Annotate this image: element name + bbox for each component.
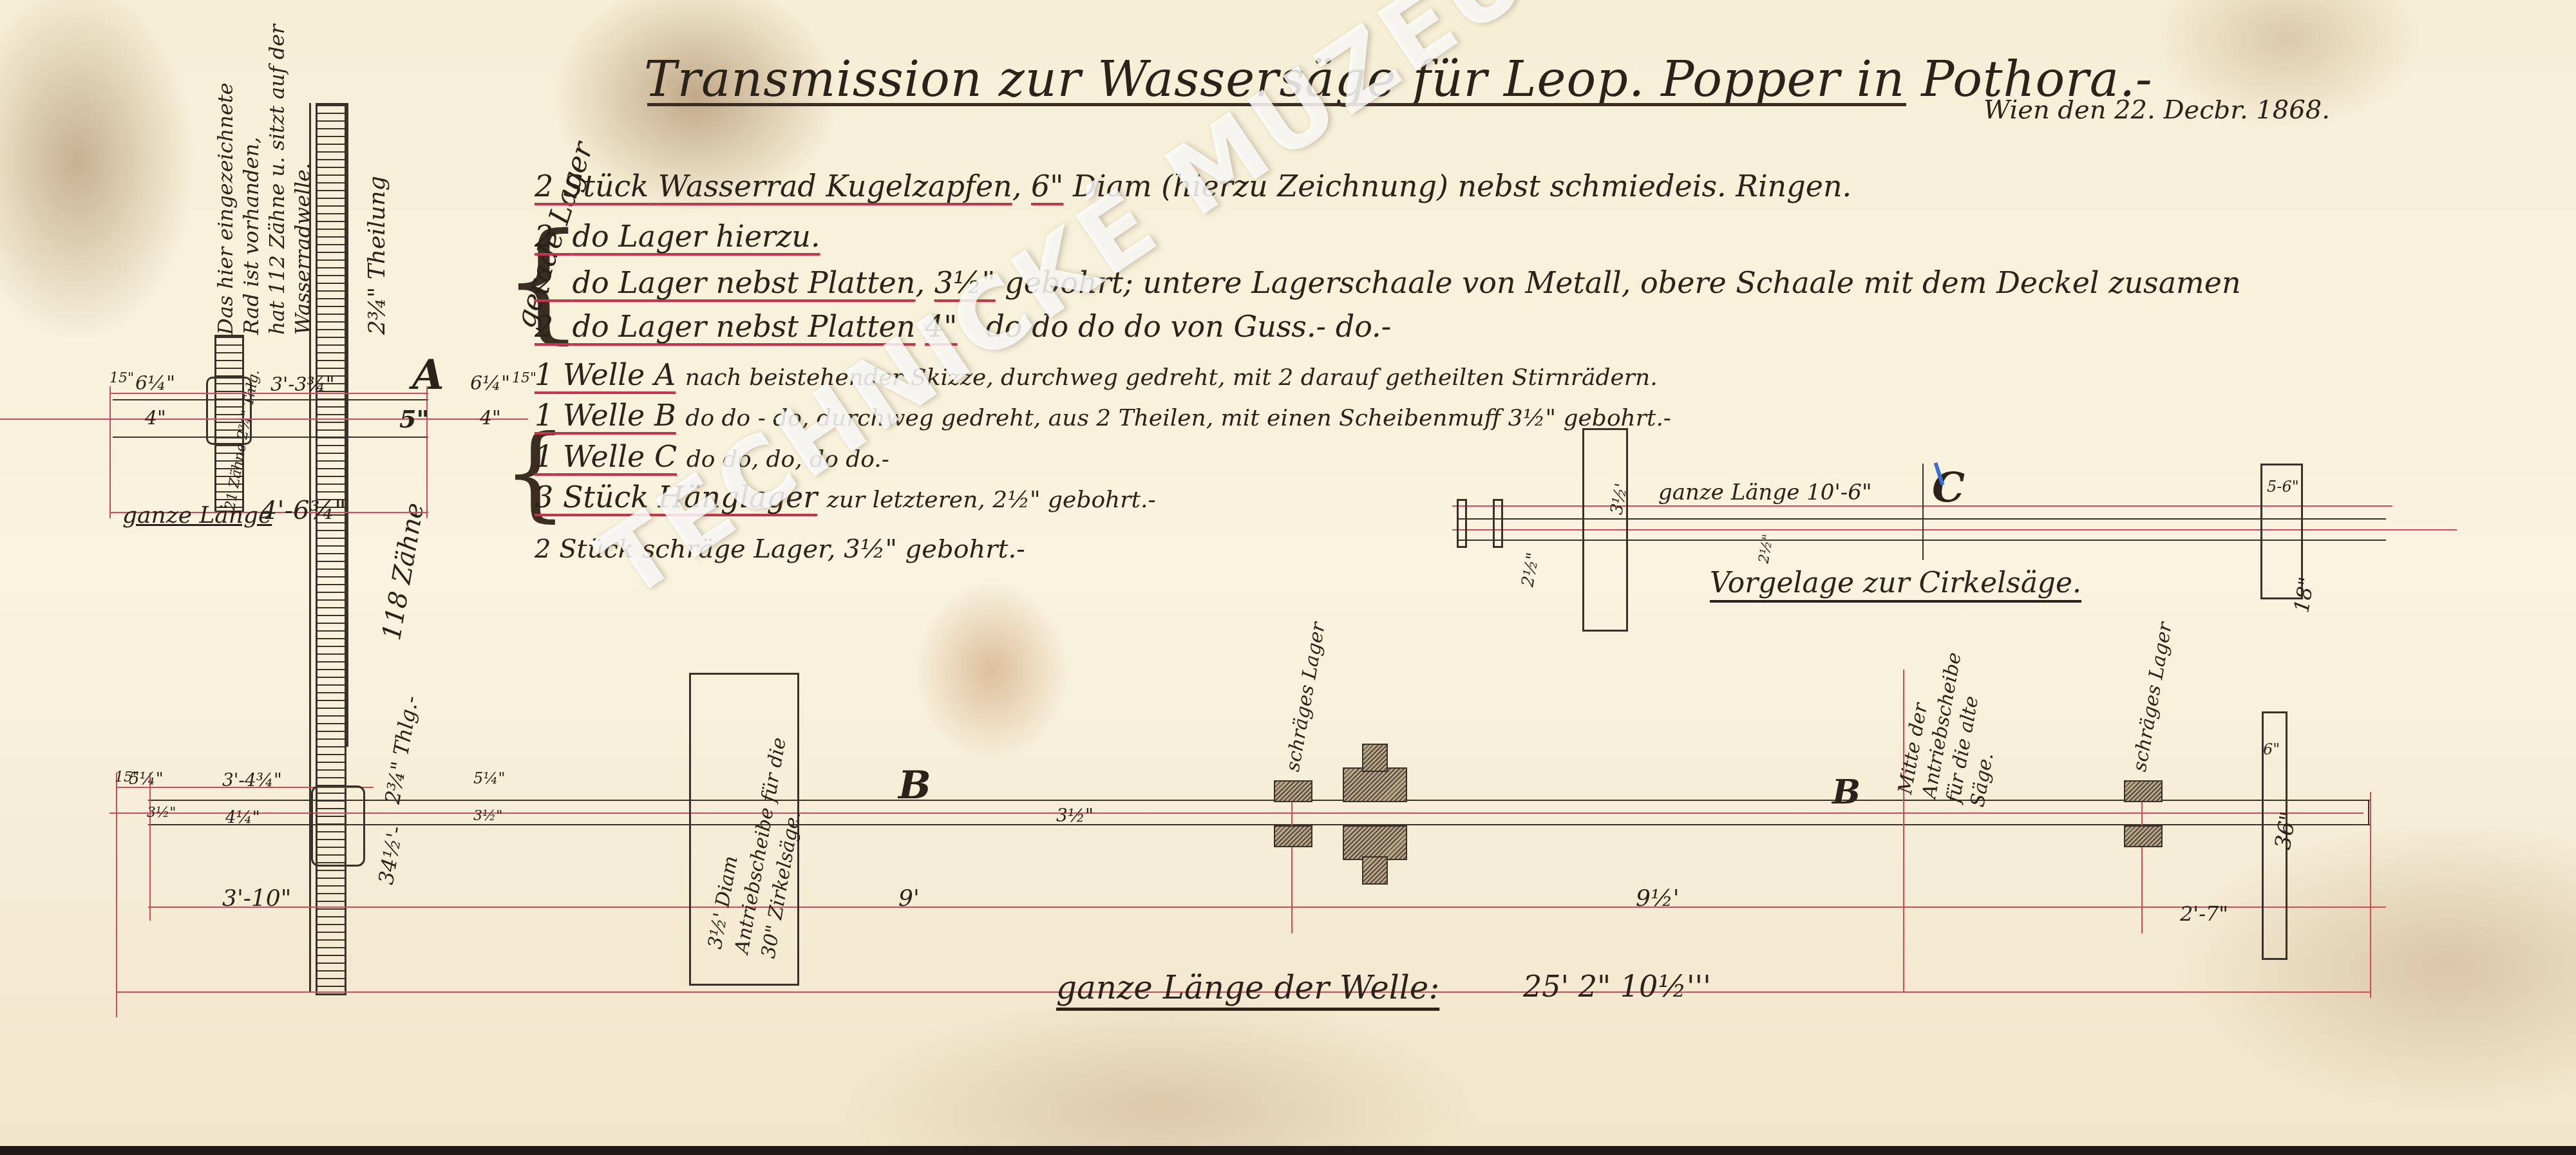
label-gear-pitch: 2¾" Theilung (364, 176, 390, 335)
dim-c-5: 18" (2289, 575, 2319, 614)
label-bearing-1: schräges Lager (1282, 621, 1330, 773)
shaft-c-hanger-line (1922, 464, 1924, 560)
dim-b-11: 9½' (1636, 885, 1680, 912)
dim-b-6: 5¼" (473, 769, 506, 787)
dim-a-3: 4" (145, 407, 166, 429)
oblique-bearing-2-top (2124, 780, 2163, 802)
large-gear-outline-right (346, 103, 348, 747)
dim-b-14: 36" (2270, 810, 2302, 852)
shaft-b-top-edge (148, 800, 2370, 801)
coupling-hub-bottom (1362, 856, 1388, 885)
dim-a-2: 6¼" (135, 372, 175, 395)
drawing-date: Wien den 22. Decbr. 1868. (1984, 95, 2330, 125)
shaft-c-collar-2 (1493, 499, 1503, 548)
shaft-b-bottom-edge (148, 824, 2370, 825)
note-center-old-saw: Mitte der Antriebscheibe für die alte Sä… (1893, 646, 2016, 809)
shaft-c-total: ganze Länge 10'-6" (1658, 480, 1872, 505)
dim-c-2: 2½" (1756, 533, 1777, 565)
dim-b-8: 3'-10" (222, 885, 291, 912)
note-existing-gear: Das hier eingezeichnete Rad ist vorhande… (213, 24, 316, 335)
label-gear-teeth: 118 Zähne (377, 500, 430, 643)
shaft-b-label: B (898, 763, 931, 808)
shaft-b-end (2368, 800, 2369, 825)
shaft-b-label-2: B (1832, 773, 1861, 812)
parts-item-3: 2 do Lager nebst Platten, 3½" gebohrt; u… (535, 265, 2241, 300)
shaft-a-total: 4'-6¾" (261, 496, 346, 525)
shaft-b-centerline (109, 812, 2363, 814)
shaft-b-ext-right (2370, 792, 2371, 998)
shaft-a-centerline (0, 418, 528, 420)
parts-item-2: 2 do Lager hierzu. (535, 219, 820, 254)
dim-a-6: 6¼" (470, 372, 510, 395)
coupling-flange-top (1343, 767, 1407, 802)
shaft-b-total: 25' 2" 10½''' (1523, 969, 1711, 1004)
shaft-a-total-label: ganze Länge (122, 502, 272, 529)
dim-b-9: 3½" (1056, 805, 1094, 826)
scan-edge (0, 1146, 2576, 1155)
dim-c-1: 2½" (1518, 551, 1543, 588)
shaft-b-gear-hub (311, 785, 365, 867)
label-gear-diam-lower: 34½'- (374, 824, 408, 887)
parts-item-6: 1 Welle B do do - do, durchweg gedreht, … (535, 398, 1671, 433)
coupling-flange-bottom (1343, 825, 1407, 860)
shaft-a-label: A (412, 351, 444, 399)
dim-a-1: 15" (109, 370, 134, 386)
shaft-a-bottom-edge (113, 437, 428, 438)
shaft-a-top-edge (113, 399, 428, 400)
parts-item-5: 1 Welle A nach beistehender Skizze, durc… (535, 357, 1658, 392)
shaft-b-ext-left (116, 773, 117, 1017)
shaft-b-total-label: ganze Länge der Welle: (1056, 969, 1439, 1006)
dim-a-5: 5" (399, 404, 429, 433)
drawing-sheet: Transmission zur Wassersäge für Leop. Po… (0, 0, 2576, 1146)
oblique-bearing-1-bottom (1274, 825, 1312, 847)
dim-b-10: 9' (898, 885, 920, 912)
dim-b-2: 5¼" (129, 769, 164, 789)
shaft-b-ext-center (1903, 670, 1904, 991)
shaft-b-dim-middle (148, 906, 2386, 908)
dim-a-8: 15" (512, 370, 536, 386)
coupling-hub-top (1362, 744, 1388, 772)
dim-a-7: 4" (480, 407, 501, 429)
dim-b-12: 2'-7" (2180, 901, 2228, 926)
shaft-a-ext-left (109, 386, 111, 518)
shaft-b-ext-left-2 (149, 773, 151, 921)
dim-b-13: 6" (2263, 740, 2280, 758)
shaft-c-collar-1 (1457, 499, 1467, 548)
oblique-bearing-1-top (1274, 780, 1312, 802)
label-gear-pitch-lower: 2¾" Thlg.- (380, 694, 423, 806)
shaft-c-pulley-large (1582, 428, 1628, 632)
oblique-bearing-2-bottom (2124, 825, 2163, 847)
dim-c-4: 5-6" (2267, 478, 2299, 496)
dim-b-3: 3½" (147, 805, 176, 821)
shaft-c-caption: Vorgelage zur Cirkelsäge. (1710, 567, 2081, 599)
dim-b-7: 3½" (473, 808, 502, 824)
dim-b-4: 3'-4¾" (222, 769, 282, 791)
label-bearing-2: schräges Lager (2128, 621, 2177, 773)
dim-a-4: 3'-3¾" (270, 373, 334, 396)
shaft-b-ext-bearing-1 (1291, 792, 1293, 934)
shaft-b-ext-bearing-2 (2141, 792, 2143, 934)
dim-b-5: 4¼" (225, 808, 260, 827)
